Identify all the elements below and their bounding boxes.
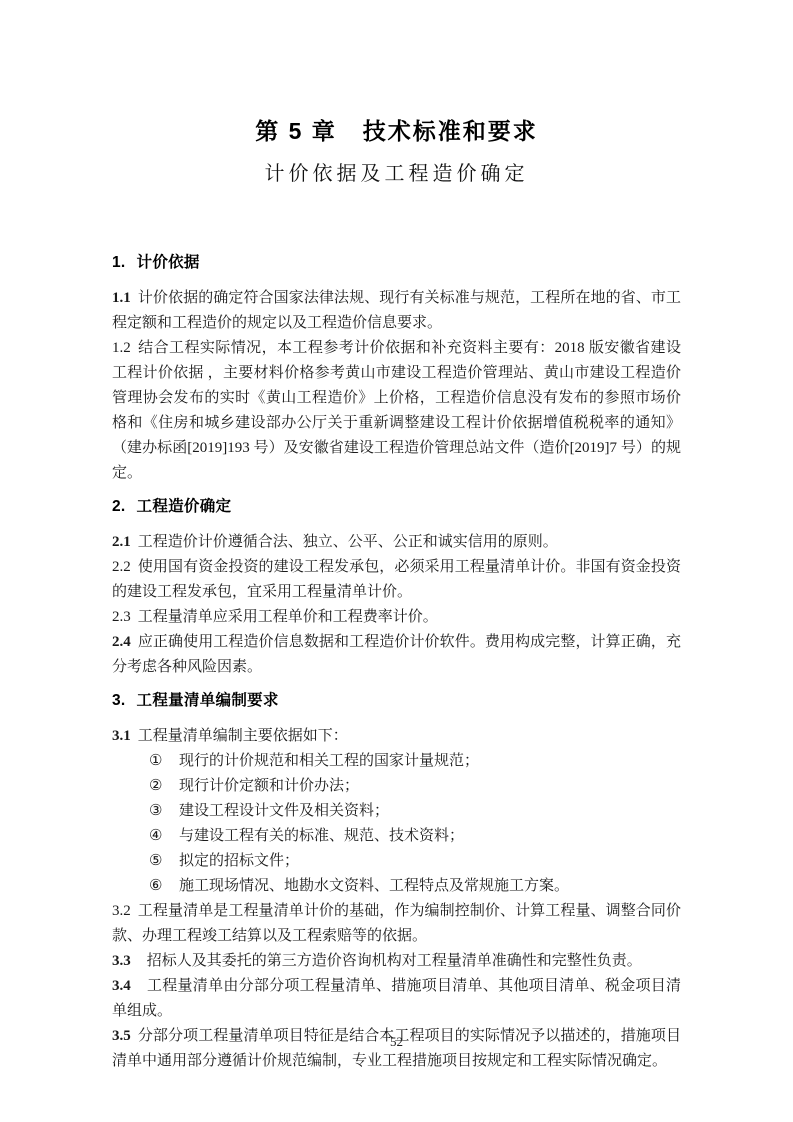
section-title: 计价依据 xyxy=(137,254,200,271)
paragraph-number: 1.1 xyxy=(112,290,131,306)
paragraph-number: 3.2 xyxy=(112,903,131,919)
section-number: 3. xyxy=(112,692,126,709)
list-item-text: 拟定的招标文件； xyxy=(179,853,299,869)
paragraph-number: 2.1 xyxy=(112,534,131,550)
basis-list: ①现行的计价规范和相关工程的国家计量规范； ②现行计价定额和计价办法； ③建设工… xyxy=(112,749,681,899)
paragraph-text: 工程造价计价遵循合法、独立、公平、公正和诚实信用的原则。 xyxy=(138,534,558,550)
paragraph-number: 2.4 xyxy=(112,634,131,650)
section-heading: 2.工程造价确定 xyxy=(112,496,681,517)
list-item-text: 与建设工程有关的标准、规范、技术资料； xyxy=(179,828,464,844)
section-heading: 1.计价依据 xyxy=(112,252,681,273)
list-item-5: ⑤拟定的招标文件； xyxy=(112,849,681,874)
paragraph-number: 3.1 xyxy=(112,728,131,744)
paragraph-3-4: 3.4工程量清单由分部分项工程量清单、措施项目清单、其他项目清单、税金项目清单组… xyxy=(112,974,681,1024)
paragraph-text: 应正确使用工程造价信息数据和工程造价计价软件。费用构成完整，计算正确，充分考虑各… xyxy=(112,634,681,675)
list-item-4: ④与建设工程有关的标准、规范、技术资料； xyxy=(112,824,681,849)
list-item-1: ①现行的计价规范和相关工程的国家计量规范； xyxy=(112,749,681,774)
paragraph-3-2: 3.2工程量清单是工程量清单计价的基础，作为编制控制价、计算工程量、调整合同价款… xyxy=(112,899,681,949)
paragraph-3-1: 3.1工程量清单编制主要依据如下： xyxy=(112,724,681,749)
section-number: 2. xyxy=(112,498,126,515)
section-cost-determination: 2.工程造价确定 2.1工程造价计价遵循合法、独立、公平、公正和诚实信用的原则。… xyxy=(112,496,681,680)
section-boq-requirements: 3.工程量清单编制要求 3.1工程量清单编制主要依据如下： ①现行的计价规范和相… xyxy=(112,690,681,1074)
paragraph-2-3: 2.3工程量清单应采用工程单价和工程费率计价。 xyxy=(112,605,681,630)
paragraph-number: 1.2 xyxy=(112,340,131,356)
paragraph-text: 工程量清单应采用工程单价和工程费率计价。 xyxy=(138,609,438,625)
paragraph-1-1: 1.1计价依据的确定符合国家法律法规、现行有关标准与规范，工程所在地的省、市工程… xyxy=(112,286,681,336)
paragraph-number: 2.2 xyxy=(112,559,131,575)
paragraph-text: 计价依据的确定符合国家法律法规、现行有关标准与规范，工程所在地的省、市工程定额和… xyxy=(112,290,681,331)
paragraph-number: 2.3 xyxy=(112,609,131,625)
paragraph-number: 3.3 xyxy=(112,953,131,969)
paragraph-text: 工程量清单是工程量清单计价的基础，作为编制控制价、计算工程量、调整合同价款、办理… xyxy=(112,903,681,944)
list-marker: ③ xyxy=(149,799,179,824)
chapter-number: 第 5 章 xyxy=(255,118,337,144)
document-page: 第 5 章技术标准和要求 计价依据及工程造价确定 1.计价依据 1.1计价依据的… xyxy=(0,0,793,1122)
list-item-text: 现行的计价规范和相关工程的国家计量规范； xyxy=(179,753,479,769)
list-marker: ⑥ xyxy=(149,874,179,899)
chapter-title: 技术标准和要求 xyxy=(363,118,538,144)
list-marker: ⑤ xyxy=(149,849,179,874)
paragraph-3-3: 3.3招标人及其委托的第三方造价咨询机构对工程量清单准确性和完整性负责。 xyxy=(112,949,681,974)
paragraph-text: 工程量清单编制主要依据如下： xyxy=(138,728,348,744)
section-pricing-basis: 1.计价依据 1.1计价依据的确定符合国家法律法规、现行有关标准与规范，工程所在… xyxy=(112,252,681,486)
paragraph-2-1: 2.1工程造价计价遵循合法、独立、公平、公正和诚实信用的原则。 xyxy=(112,530,681,555)
document-body: 1.计价依据 1.1计价依据的确定符合国家法律法规、现行有关标准与规范，工程所在… xyxy=(112,252,681,1074)
list-marker: ② xyxy=(149,774,179,799)
list-item-text: 现行计价定额和计价办法； xyxy=(179,778,359,794)
chapter-subtitle: 计价依据及工程造价确定 xyxy=(112,160,681,188)
list-item-text: 施工现场情况、地勘水文资料、工程特点及常规施工方案。 xyxy=(179,878,569,894)
list-item-text: 建设工程设计文件及相关资料； xyxy=(179,803,389,819)
paragraph-2-2: 2.2使用国有资金投资的建设工程发承包，必须采用工程量清单计价。非国有资金投资的… xyxy=(112,555,681,605)
section-title: 工程造价确定 xyxy=(137,498,232,515)
section-number: 1. xyxy=(112,254,126,271)
list-marker: ④ xyxy=(149,824,179,849)
paragraph-number: 3.4 xyxy=(112,978,131,994)
paragraph-text: 使用国有资金投资的建设工程发承包，必须采用工程量清单计价。非国有资金投资的建设工… xyxy=(112,559,681,600)
paragraph-1-2: 1.2结合工程实际情况，本工程参考计价依据和补充资料主要有：2018 版安徽省建… xyxy=(112,336,681,486)
list-marker: ① xyxy=(149,749,179,774)
paragraph-2-4: 2.4应正确使用工程造价信息数据和工程造价计价软件。费用构成完整，计算正确，充分… xyxy=(112,630,681,680)
section-title: 工程量清单编制要求 xyxy=(137,692,279,709)
chapter-heading: 第 5 章技术标准和要求 xyxy=(112,116,681,146)
paragraph-text: 招标人及其委托的第三方造价咨询机构对工程量清单准确性和完整性负责。 xyxy=(147,953,642,969)
list-item-3: ③建设工程设计文件及相关资料； xyxy=(112,799,681,824)
list-item-2: ②现行计价定额和计价办法； xyxy=(112,774,681,799)
section-heading: 3.工程量清单编制要求 xyxy=(112,690,681,711)
paragraph-text: 结合工程实际情况，本工程参考计价依据和补充资料主要有：2018 版安徽省建设工程… xyxy=(112,340,681,481)
list-item-6: ⑥施工现场情况、地勘水文资料、工程特点及常规施工方案。 xyxy=(112,874,681,899)
paragraph-text: 工程量清单由分部分项工程量清单、措施项目清单、其他项目清单、税金项目清单组成。 xyxy=(112,978,681,1019)
page-number: 52 xyxy=(0,1033,793,1051)
